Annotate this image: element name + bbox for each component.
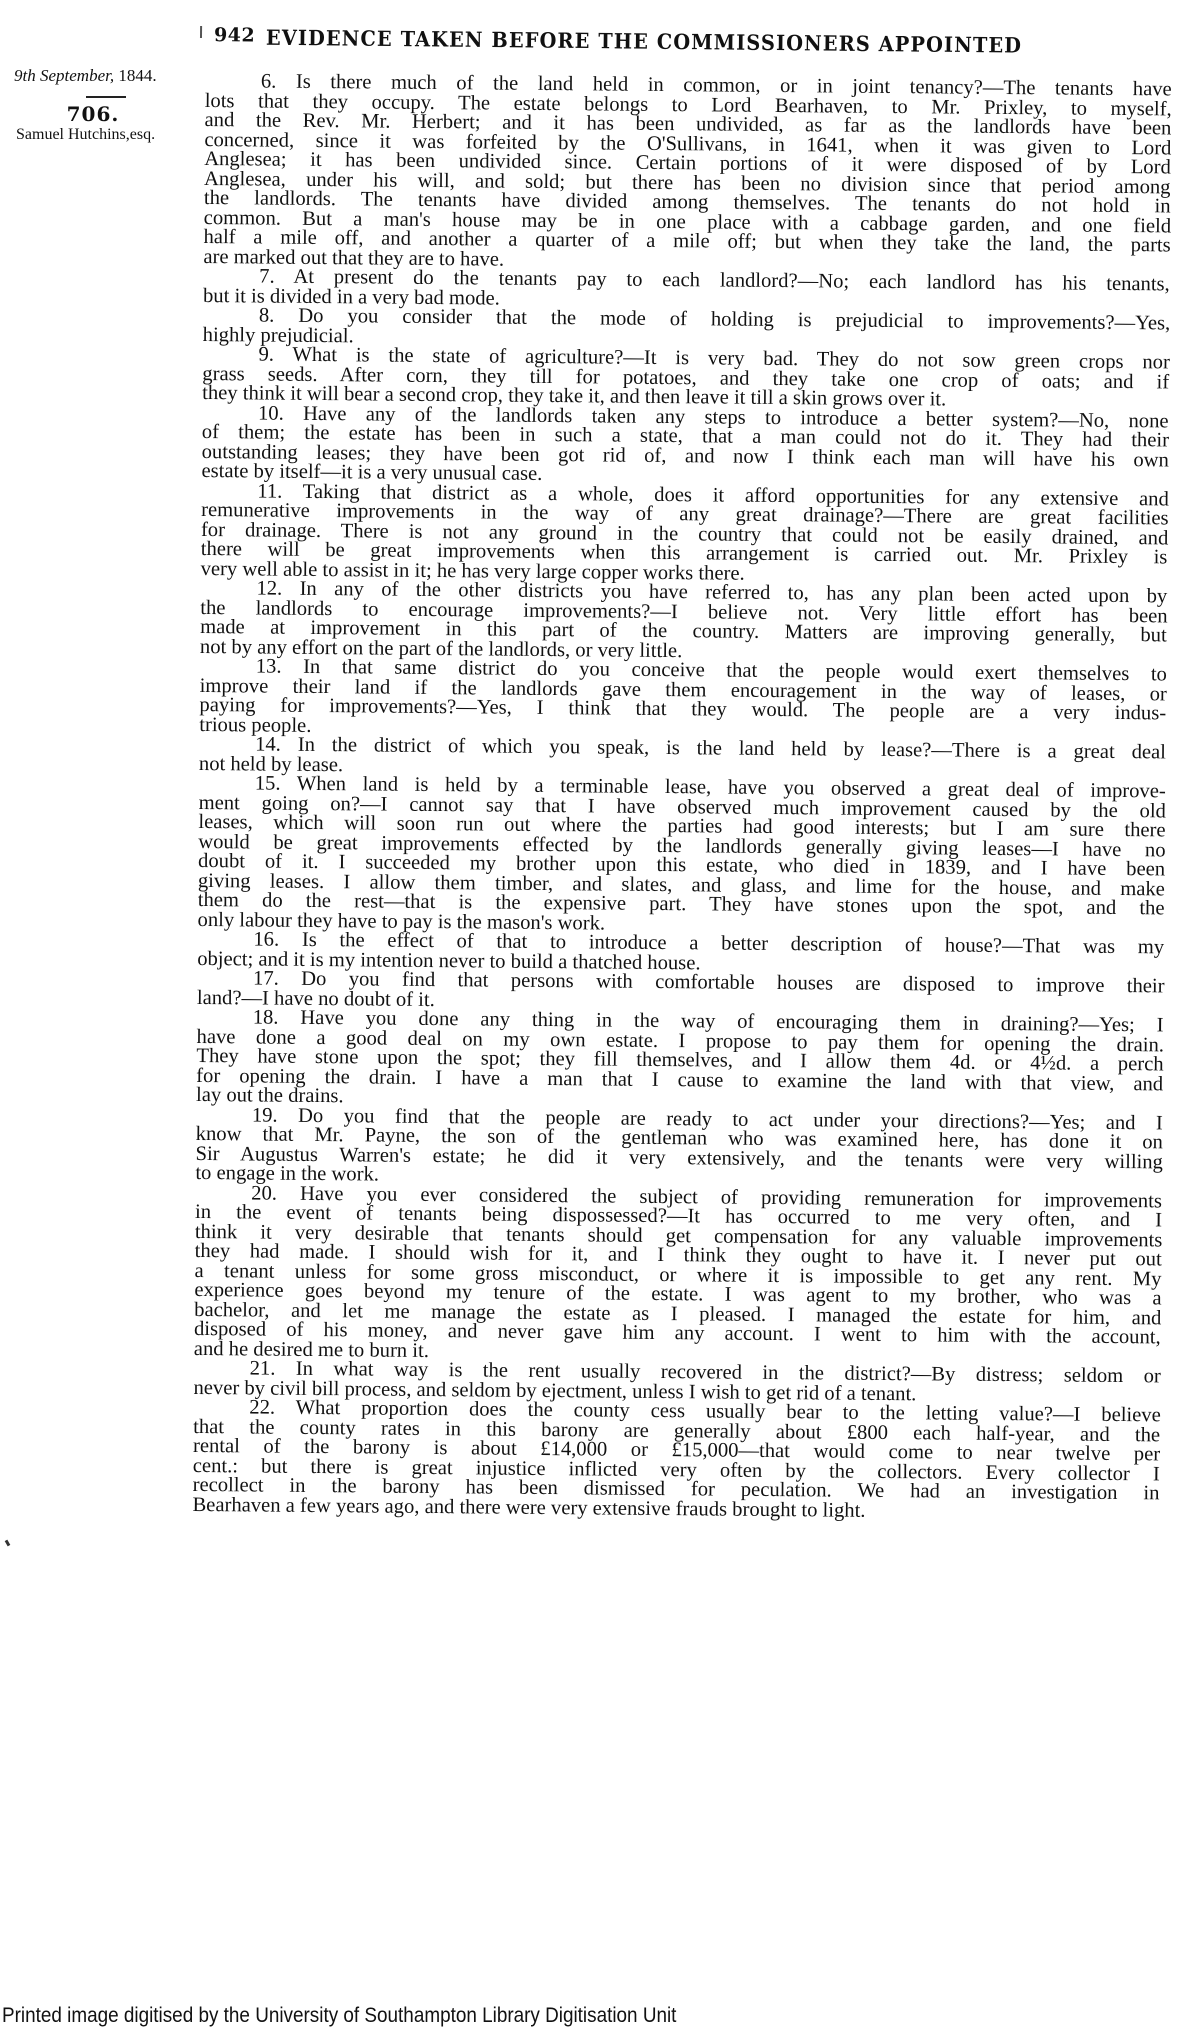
question-paragraph: 10. Have any of the landlords taken any …: [201, 403, 1169, 489]
page-header: 942 EVIDENCE TAKEN BEFORE THE COMMISSION…: [200, 16, 1200, 66]
question-paragraph: 15. When land is held by a terminable le…: [198, 774, 1166, 938]
print-speck: [5, 1540, 11, 1547]
date-year: 1844.: [114, 66, 157, 85]
question-paragraph: 20. Have you ever considered the subject…: [194, 1183, 1162, 1367]
digitisation-credit: Printed image digitised by the Universit…: [2, 2004, 676, 2028]
evidence-date: 9th September, 1844.: [0, 66, 200, 86]
question-paragraph: 22. What proportion does the county cess…: [192, 1398, 1160, 1523]
scanned-page: 942 EVIDENCE TAKEN BEFORE THE COMMISSION…: [0, 0, 1200, 2037]
running-title: EVIDENCE TAKEN BEFORE THE COMMISSIONERS …: [266, 25, 1022, 58]
page-number: 942: [214, 24, 255, 46]
question-paragraph: 9. What is the state of agriculture?—It …: [202, 345, 1169, 412]
question-paragraph: 6. Is there much of the land held in com…: [203, 72, 1172, 275]
question-paragraph: 13. In that same district do you conceiv…: [199, 657, 1167, 743]
margin-note: 9th September, 1844. 706. Samuel Hutchin…: [0, 66, 200, 144]
evidence-body: 6. Is there much of the land held in com…: [192, 72, 1172, 1523]
date-day: 9th September,: [14, 66, 114, 85]
margin-tick-mark: [200, 26, 202, 38]
witness-name: Samuel Hutchins,esq.: [0, 126, 200, 144]
margin-divider: [86, 96, 126, 98]
witness-number: 706.: [0, 102, 200, 126]
question-paragraph: 12. In any of the other districts you ha…: [200, 579, 1168, 665]
question-paragraph: 11. Taking that district as a whole, doe…: [201, 481, 1169, 587]
question-paragraph: 18. Have you done any thing in the way o…: [196, 1008, 1164, 1114]
question-paragraph: 19. Do you find that the people are read…: [195, 1105, 1163, 1191]
